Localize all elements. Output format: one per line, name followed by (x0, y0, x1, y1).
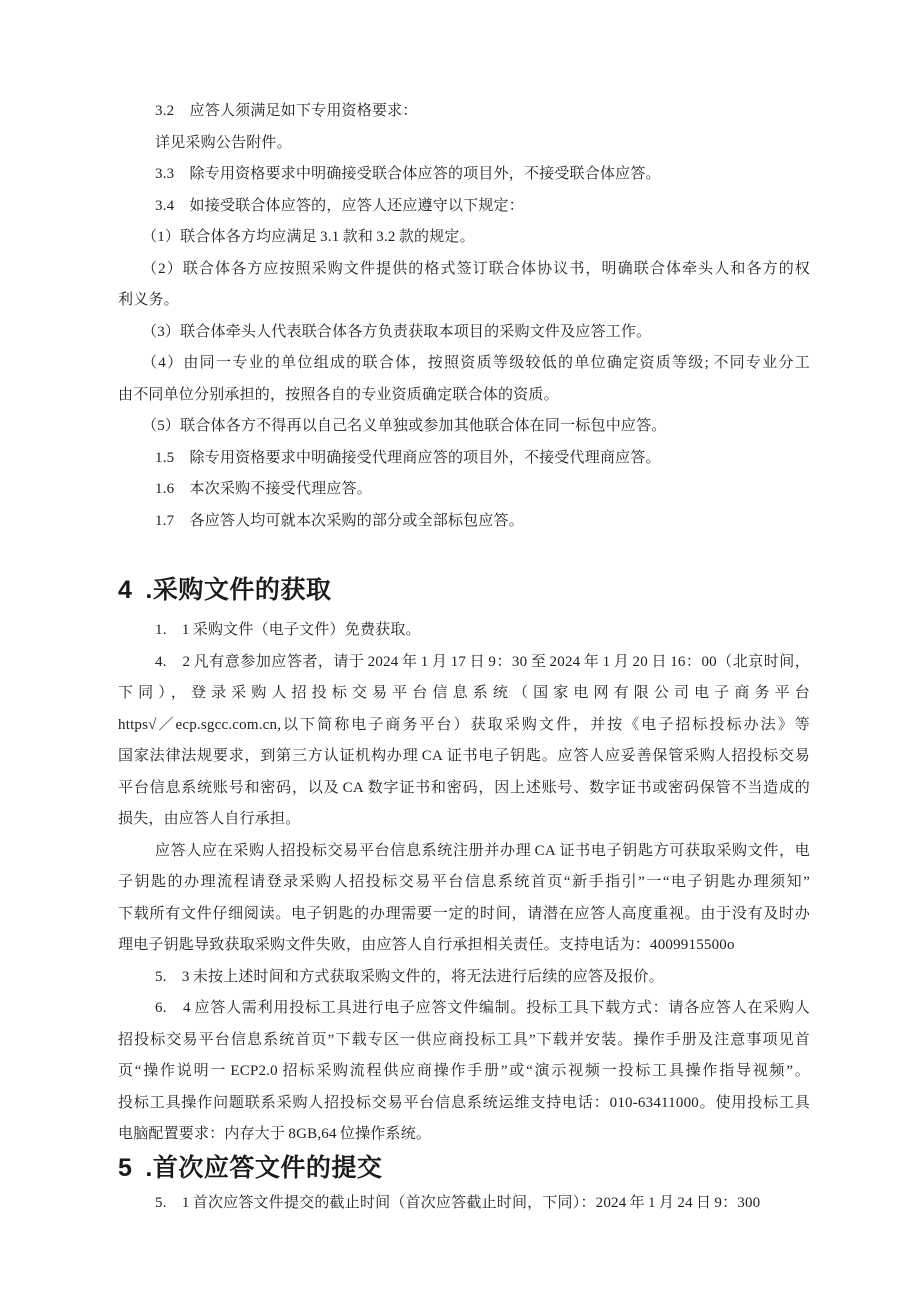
text-line: 下载所有文件仔细阅读。电子钥匙的办理需要一定的时间，请潜在应答人高度重视。由于没… (118, 899, 810, 931)
text-line: 页“操作说明一 ECP2.0 招标采购流程供应商操作手册”或“演示视频一投标工具… (118, 1056, 810, 1088)
heading-title: .采购文件的获取 (145, 573, 331, 607)
text-line: 招投标交易平台信息系统首页”下载专区一供应商投标工具”下载并安装。操作手册及注意… (118, 1025, 810, 1057)
text-line: 子钥匙的办理流程请登录采购人招投标交易平台信息系统首页“新手指引”一“电子钥匙办… (118, 867, 810, 899)
text-line: 损失，由应答人自行承担。 (118, 804, 810, 836)
text-line: 1.5 除专用资格要求中明确接受代理商应答的项目外，不接受代理商应答。 (118, 443, 810, 475)
text-line: （4）由同一专业的单位组成的联合体，按照资质等级较低的单位确定资质等级; 不同专… (118, 348, 810, 380)
text-line: 利义务。 (118, 285, 810, 317)
text-line: 3.2 应答人须满足如下专用资格要求： (118, 96, 810, 128)
text-line: 投标工具操作问题联系采购人招投标交易平台信息系统运维支持电话：010-63411… (118, 1088, 810, 1120)
text-line: https√／ecp.sgcc.com.cn,以下简称电子商务平台）获取采购文件… (118, 710, 810, 742)
heading-number: 4 (118, 573, 132, 607)
document-page: 3.2 应答人须满足如下专用资格要求：详见采购公告附件。3.3 除专用资格要求中… (0, 0, 920, 1301)
text-line: 平台信息系统账号和密码，以及 CA 数字证书和密码，因上述账号、数字证书或密码保… (118, 773, 810, 805)
text-line: 电脑配置要求：内存大于 8GB,64 位操作系统。 (118, 1119, 810, 1151)
text-line: （2）联合体各方应按照采购文件提供的格式签订联合体协议书，明确联合体牵头人和各方… (118, 254, 810, 286)
text-line: 下同），登录采购人招投标交易平台信息系统（国家电网有限公司电子商务平台 (118, 678, 810, 710)
text-line: 3.4 如接受联合体应答的，应答人还应遵守以下规定： (118, 191, 810, 223)
section-4-document-acquisition: 1. 1 采购文件（电子文件）免费获取。4. 2 凡有意参加应答者，请于 202… (118, 615, 810, 1151)
text-line: 4. 2 凡有意参加应答者，请于 2024 年 1 月 17 日 9：30 至 … (118, 647, 810, 679)
text-line: 6. 4 应答人需利用投标工具进行电子应答文件编制。投标工具下载方式：请各应答人… (118, 993, 810, 1025)
section-5-heading: 5.首次应答文件的提交 (118, 1151, 810, 1185)
section-4-heading: 4.采购文件的获取 (118, 573, 810, 607)
text-line: （3）联合体牵头人代表联合体各方负责获取本项目的采购文件及应答工作。 (118, 317, 810, 349)
document-content: 3.2 应答人须满足如下专用资格要求：详见采购公告附件。3.3 除专用资格要求中… (118, 0, 810, 1219)
section-5-first-response-submission: 5. 1 首次应答文件提交的截止时间（首次应答截止时间，下同）：2024 年 1… (118, 1188, 810, 1220)
text-line: 国家法律法规要求，到第三方认证机构办理 CA 证书电子钥匙。应答人应妥善保管采购… (118, 741, 810, 773)
text-line: 5. 1 首次应答文件提交的截止时间（首次应答截止时间，下同）：2024 年 1… (118, 1188, 810, 1220)
text-line: 理电子钥匙导致获取采购文件失败，由应答人自行承担相关责任。支持电话为：40099… (118, 930, 810, 962)
text-line: 1.7 各应答人均可就本次采购的部分或全部标包应答。 (118, 506, 810, 538)
text-line: 应答人应在采购人招投标交易平台信息系统注册并办理 CA 证书电子钥匙方可获取采购… (118, 836, 810, 868)
text-line: 由不同单位分别承担的，按照各自的专业资质确定联合体的资质。 (118, 380, 810, 412)
text-line: 详见采购公告附件。 (118, 128, 810, 160)
text-line: 5. 3 未按上述时间和方式获取采购文件的，将无法进行后续的应答及报价。 (118, 962, 810, 994)
text-line: （5）联合体各方不得再以自己名义单独或参加其他联合体在同一标包中应答。 (118, 411, 810, 443)
heading-number: 5 (118, 1151, 132, 1185)
section-3-qualification-terms: 3.2 应答人须满足如下专用资格要求：详见采购公告附件。3.3 除专用资格要求中… (118, 96, 810, 537)
text-line: 1. 1 采购文件（电子文件）免费获取。 (118, 615, 810, 647)
text-line: 1.6 本次采购不接受代理应答。 (118, 474, 810, 506)
text-line: （1）联合体各方均应满足 3.1 款和 3.2 款的规定。 (118, 222, 810, 254)
heading-title: .首次应答文件的提交 (145, 1151, 382, 1185)
text-line: 3.3 除专用资格要求中明确接受联合体应答的项目外，不接受联合体应答。 (118, 159, 810, 191)
